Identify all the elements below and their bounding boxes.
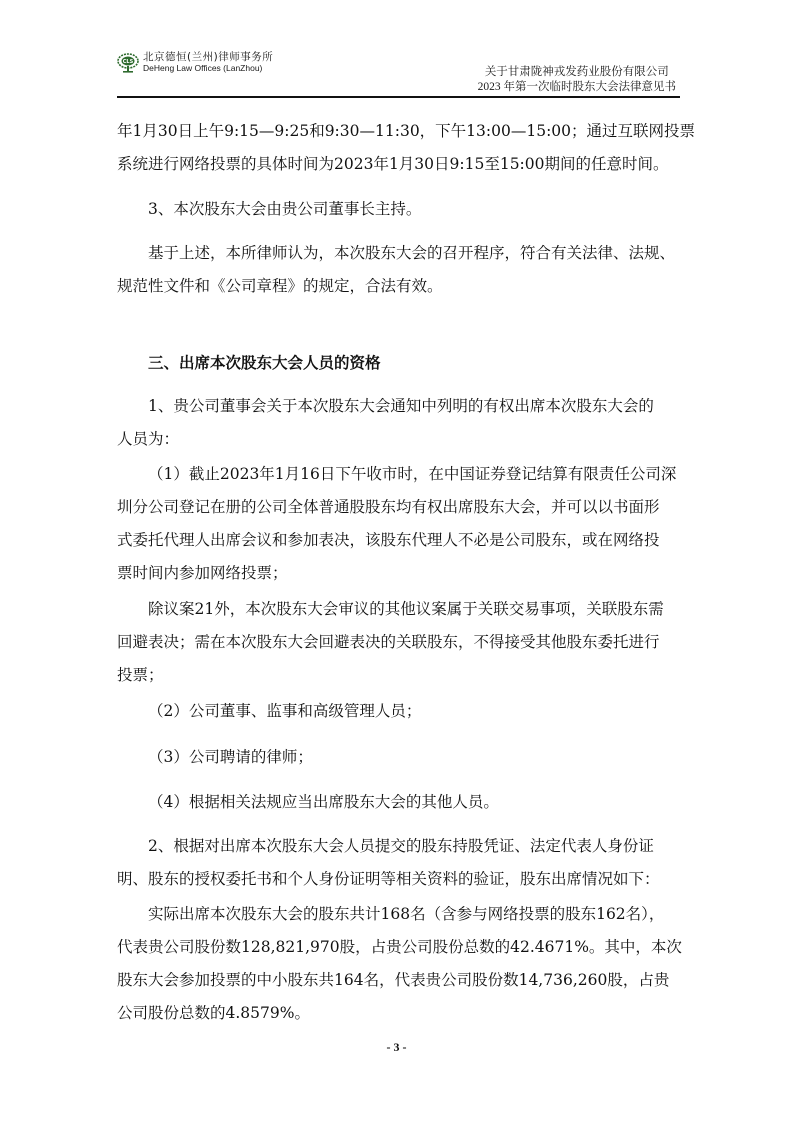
text-line: 除议案21外，本次股东大会审议的其他议案属于关联交易事项，关联股东需 <box>117 593 680 626</box>
svg-text:CLS: CLS <box>123 59 134 65</box>
section-heading: 三、出席本次股东大会人员的资格 <box>117 347 680 380</box>
text-line: 投票； <box>117 659 680 692</box>
paragraph-item-2: （2）公司董事、监事和高级管理人员； <box>117 695 680 728</box>
paragraph-voting-time: 年1月30日上午9:15—9:25和9:30—11:30，下午13:00—15:… <box>117 115 680 181</box>
text-line: 圳分公司登记在册的公司全体普通股股东均有权出席股东大会，并可以以书面形 <box>117 491 680 524</box>
text-line: 票时间内参加网络投票； <box>117 557 680 590</box>
firm-name-en: DeHeng Law Offices (LanZhou) <box>143 63 273 74</box>
paragraph-item-1: （1）截止2023年1月16日下午收市时，在中国证券登记结算有限责任公司深 圳分… <box>117 458 680 590</box>
paragraph-related-transactions: 除议案21外，本次股东大会审议的其他议案属于关联交易事项，关联股东需 回避表决；… <box>117 593 680 692</box>
text-line: 明、股东的授权委托书和个人身份证明等相关资料的验证，股东出席情况如下： <box>117 863 680 896</box>
tree-emblem-icon: CLS <box>117 52 139 74</box>
firm-logo-block: CLS 北京德恒(兰州)律师事务所 DeHeng Law Offices (La… <box>117 52 273 74</box>
text-line: （1）截止2023年1月16日下午收市时，在中国证券登记结算有限责任公司深 <box>117 458 680 491</box>
text-line: 公司股份总数的4.8579%。 <box>117 997 680 1030</box>
paragraph-verification: 2、根据对出席本次股东大会人员提交的股东持股凭证、法定代表人身份证 明、股东的授… <box>117 830 680 896</box>
text-line: 规范性文件和《公司章程》的规定，合法有效。 <box>117 270 680 303</box>
firm-name-cn: 北京德恒(兰州)律师事务所 <box>143 52 273 63</box>
document-title: 关于甘肃陇神戎发药业股份有限公司 2023 年第一次临时股东大会法律意见书 <box>478 65 676 95</box>
paragraph-item-3: （3）公司聘请的律师； <box>117 741 680 774</box>
document-title-line-2: 2023 年第一次临时股东大会法律意见书 <box>478 80 676 95</box>
paragraph-chair: 3、本次股东大会由贵公司董事长主持。 <box>117 193 680 226</box>
paragraph-item-4: （4）根据相关法规应当出席股东大会的其他人员。 <box>117 786 680 819</box>
text-line: 代表贵公司股份数128,821,970股，占贵公司股份总数的42.4671%。其… <box>117 931 680 964</box>
paragraph-procedure-conclusion: 基于上述，本所律师认为，本次股东大会的召开程序，符合有关法律、法规、 规范性文件… <box>117 237 680 303</box>
text-line: 3、本次股东大会由贵公司董事长主持。 <box>117 193 680 226</box>
text-line: 式委托代理人出席会议和参加表决，该股东代理人不必是公司股东，或在网络投 <box>117 524 680 557</box>
text-line: 回避表决；需在本次股东大会回避表决的关联股东，不得接受其他股东委托进行 <box>117 626 680 659</box>
text-line: 系统进行网络投票的具体时间为2023年1月30日9:15至15:00期间的任意时… <box>117 148 680 181</box>
page-header: CLS 北京德恒(兰州)律师事务所 DeHeng Law Offices (La… <box>117 44 680 100</box>
text-line: 1、贵公司董事会关于本次股东大会通知中列明的有权出席本次股东大会的 <box>117 390 680 423</box>
text-line: 年1月30日上午9:15—9:25和9:30—11:30，下午13:00—15:… <box>117 115 680 148</box>
document-page: CLS 北京德恒(兰州)律师事务所 DeHeng Law Offices (La… <box>0 0 793 1122</box>
text-line: （3）公司聘请的律师； <box>117 741 680 774</box>
text-line: 基于上述，本所律师认为，本次股东大会的召开程序，符合有关法律、法规、 <box>117 237 680 270</box>
paragraph-attendance-stats: 实际出席本次股东大会的股东共计168名（含参与网络投票的股东162名）， 代表贵… <box>117 898 680 1030</box>
paragraph-eligible-persons: 1、贵公司董事会关于本次股东大会通知中列明的有权出席本次股东大会的 人员为： <box>117 390 680 456</box>
document-title-line-1: 关于甘肃陇神戎发药业股份有限公司 <box>478 65 676 80</box>
page-number: - 3 - <box>0 1040 793 1055</box>
text-line: 2、根据对出席本次股东大会人员提交的股东持股凭证、法定代表人身份证 <box>117 830 680 863</box>
text-line: （4）根据相关法规应当出席股东大会的其他人员。 <box>117 786 680 819</box>
text-line: （2）公司董事、监事和高级管理人员； <box>117 695 680 728</box>
text-line: 人员为： <box>117 423 680 456</box>
text-line: 实际出席本次股东大会的股东共计168名（含参与网络投票的股东162名）， <box>117 898 680 931</box>
header-divider <box>117 96 680 98</box>
section-heading-text: 三、出席本次股东大会人员的资格 <box>117 347 680 380</box>
text-line: 股东大会参加投票的中小股东共164名，代表贵公司股份数14,736,260股，占… <box>117 964 680 997</box>
